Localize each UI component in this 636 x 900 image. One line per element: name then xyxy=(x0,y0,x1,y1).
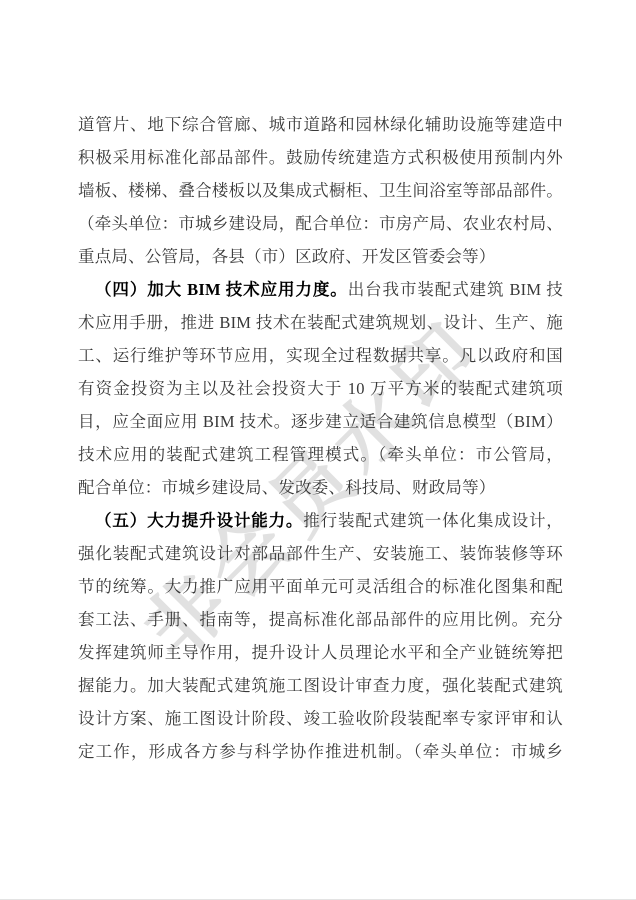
text-line: 有资金投资为主以及社会投资大于 10 万平方米的装配式建筑项 xyxy=(78,372,563,405)
heading-line-rest: 推行装配式建筑一体化集成设计， xyxy=(303,511,563,530)
section-heading-4: （四）加大 BIM 技术应用力度。 xyxy=(95,280,348,299)
text-line: （四）加大 BIM 技术应用力度。出台我市装配式建筑 BIM 技 xyxy=(78,273,563,306)
document-page: 非会员水印 道管片、地下综合管廊、城市道路和园林绿化辅助设施等建造中 积极采用标… xyxy=(0,0,636,900)
text-line: 设计方案、施工图设计阶段、竣工验收阶段装配率专家评审和认 xyxy=(78,702,563,735)
section-heading-5: （五）大力提升设计能力。 xyxy=(95,511,303,530)
paragraph-bim-application: （四）加大 BIM 技术应用力度。出台我市装配式建筑 BIM 技 术应用手册，推… xyxy=(78,273,563,504)
paragraph-standardized-parts: 道管片、地下综合管廊、城市道路和园林绿化辅助设施等建造中 积极采用标准化部品部件… xyxy=(78,108,563,273)
document-body: 道管片、地下综合管廊、城市道路和园林绿化辅助设施等建造中 积极采用标准化部品部件… xyxy=(78,108,563,768)
text-line: 重点局、公管局，各县（市）区政府、开发区管委会等） xyxy=(78,240,563,273)
text-line: 配合单位：市城乡建设局、发改委、科技局、财政局等） xyxy=(78,471,563,504)
text-line: 墙板、楼梯、叠合楼板以及集成式橱柜、卫生间浴室等部品部件。 xyxy=(78,174,563,207)
text-line: 强化装配式建筑设计对部品部件生产、安装施工、装饰装修等环 xyxy=(78,537,563,570)
heading-line-rest: 出台我市装配式建筑 BIM 技 xyxy=(348,280,563,299)
text-line: （五）大力提升设计能力。推行装配式建筑一体化集成设计， xyxy=(78,504,563,537)
text-line: 定工作，形成各方参与科学协作推进机制。（牵头单位：市城乡 xyxy=(78,735,563,768)
text-line: 握能力。加大装配式建筑施工图设计审查力度，强化装配式建筑 xyxy=(78,669,563,702)
text-line: 目，应全面应用 BIM 技术。逐步建立适合建筑信息模型（BIM） xyxy=(78,405,563,438)
text-line: 道管片、地下综合管廊、城市道路和园林绿化辅助设施等建造中 xyxy=(78,108,563,141)
text-line: 术应用手册，推进 BIM 技术在装配式建筑规划、设计、生产、施 xyxy=(78,306,563,339)
text-line: （牵头单位：市城乡建设局，配合单位：市房产局、农业农村局、 xyxy=(78,207,563,240)
paragraph-design-capability: （五）大力提升设计能力。推行装配式建筑一体化集成设计， 强化装配式建筑设计对部品… xyxy=(78,504,563,768)
text-line: 发挥建筑师主导作用，提升设计人员理论水平和全产业链统筹把 xyxy=(78,636,563,669)
text-line: 套工法、手册、指南等，提高标准化部品部件的应用比例。充分 xyxy=(78,603,563,636)
text-line: 节的统筹。大力推广应用平面单元可灵活组合的标准化图集和配 xyxy=(78,570,563,603)
text-line: 技术应用的装配式建筑工程管理模式。（牵头单位：市公管局， xyxy=(78,438,563,471)
text-line: 积极采用标准化部品部件。鼓励传统建造方式积极使用预制内外 xyxy=(78,141,563,174)
text-line: 工、运行维护等环节应用，实现全过程数据共享。凡以政府和国 xyxy=(78,339,563,372)
